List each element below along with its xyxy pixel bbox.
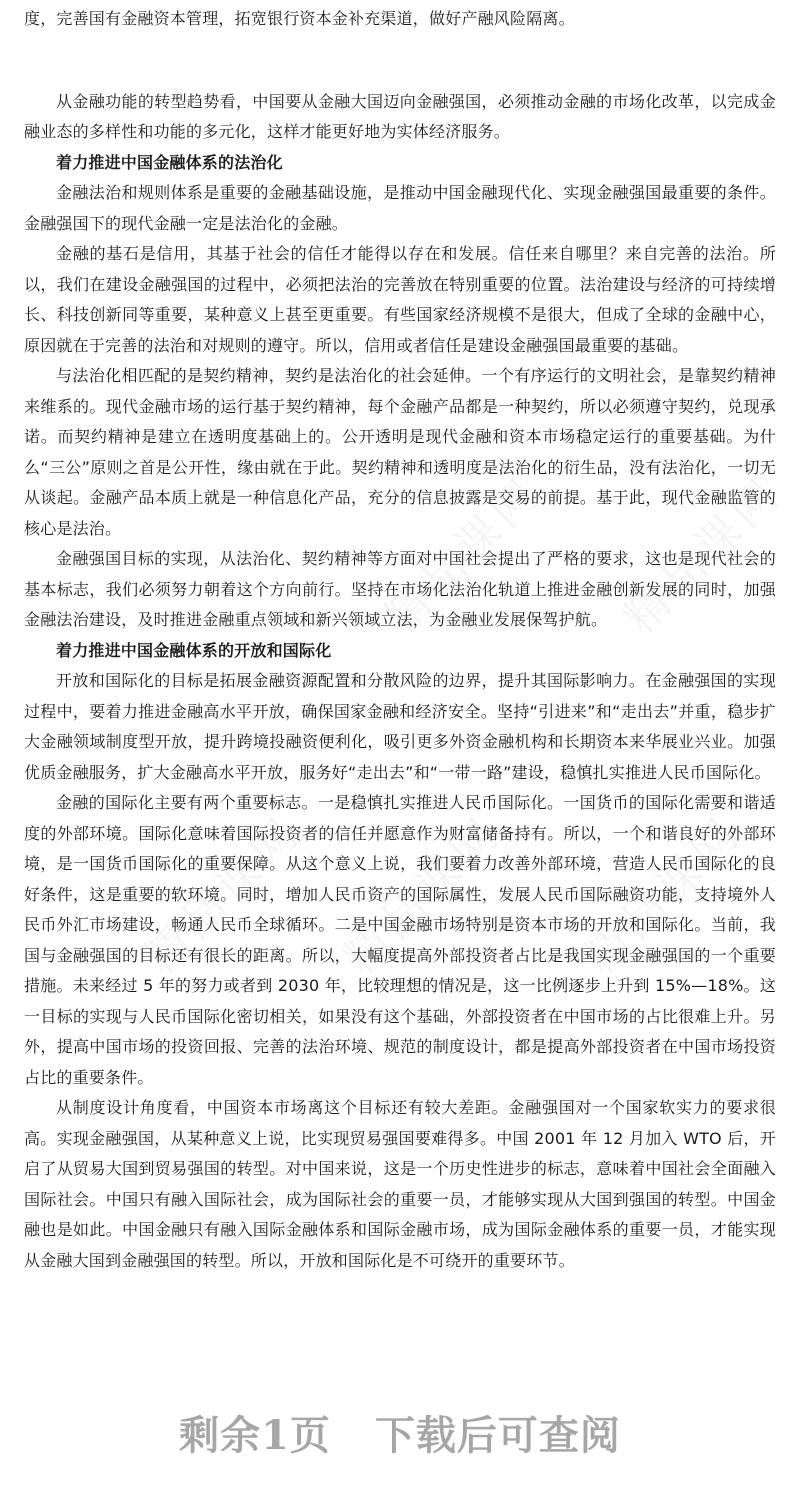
paragraph-fragment: 度，完善国有金融资本管理，拓宽银行资本金补充渠道，做好产融风险隔离。 xyxy=(24,4,776,35)
download-to-view-label: 下载后可查阅 xyxy=(375,1412,621,1459)
paragraph: 与法治化相匹配的是契约精神，契约是法治化的社会延伸。一个有序运行的文明社会，是靠… xyxy=(24,361,776,544)
paragraph-intro: 从金融功能的转型趋势看，中国要从金融大国迈向金融强国，必须推动金融的市场化改革，… xyxy=(24,87,776,148)
paragraph: 金融法治和规则体系是重要的金融基础设施，是推动中国金融现代化、实现金融强国最重要… xyxy=(24,178,776,239)
paragraph: 金融的基石是信用，其基于社会的信任才能得以存在和发展。信任来自哪里？来自完善的法… xyxy=(24,239,776,361)
document-page: 度，完善国有金融资本管理，拓宽银行资本金补充渠道，做好产融风险隔离。 从金融功能… xyxy=(24,4,776,1276)
section-heading-rule-of-law: 着力推进中国金融体系的法治化 xyxy=(24,148,776,179)
paragraph: 从制度设计角度看，中国资本市场离这个目标还有较大差距。金融强国对一个国家软实力的… xyxy=(24,1093,776,1276)
paragraph: 开放和国际化的目标是拓展金融资源配置和分散风险的边界，提升其国际影响力。在金融强… xyxy=(24,666,776,788)
download-prompt-banner[interactable]: 剩余1页下载后可查阅 xyxy=(0,1404,800,1461)
paragraph: 金融强国目标的实现，从法治化、契约精神等方面对中国社会提出了严格的要求，这也是现… xyxy=(24,544,776,636)
paragraph: 金融的国际化主要有两个重要标志。一是稳慎扎实推进人民币国际化。一国货币的国际化需… xyxy=(24,788,776,1093)
remaining-pages-label: 剩余1页 xyxy=(179,1412,331,1459)
section-heading-opening-internationalization: 着力推进中国金融体系的开放和国际化 xyxy=(24,636,776,667)
